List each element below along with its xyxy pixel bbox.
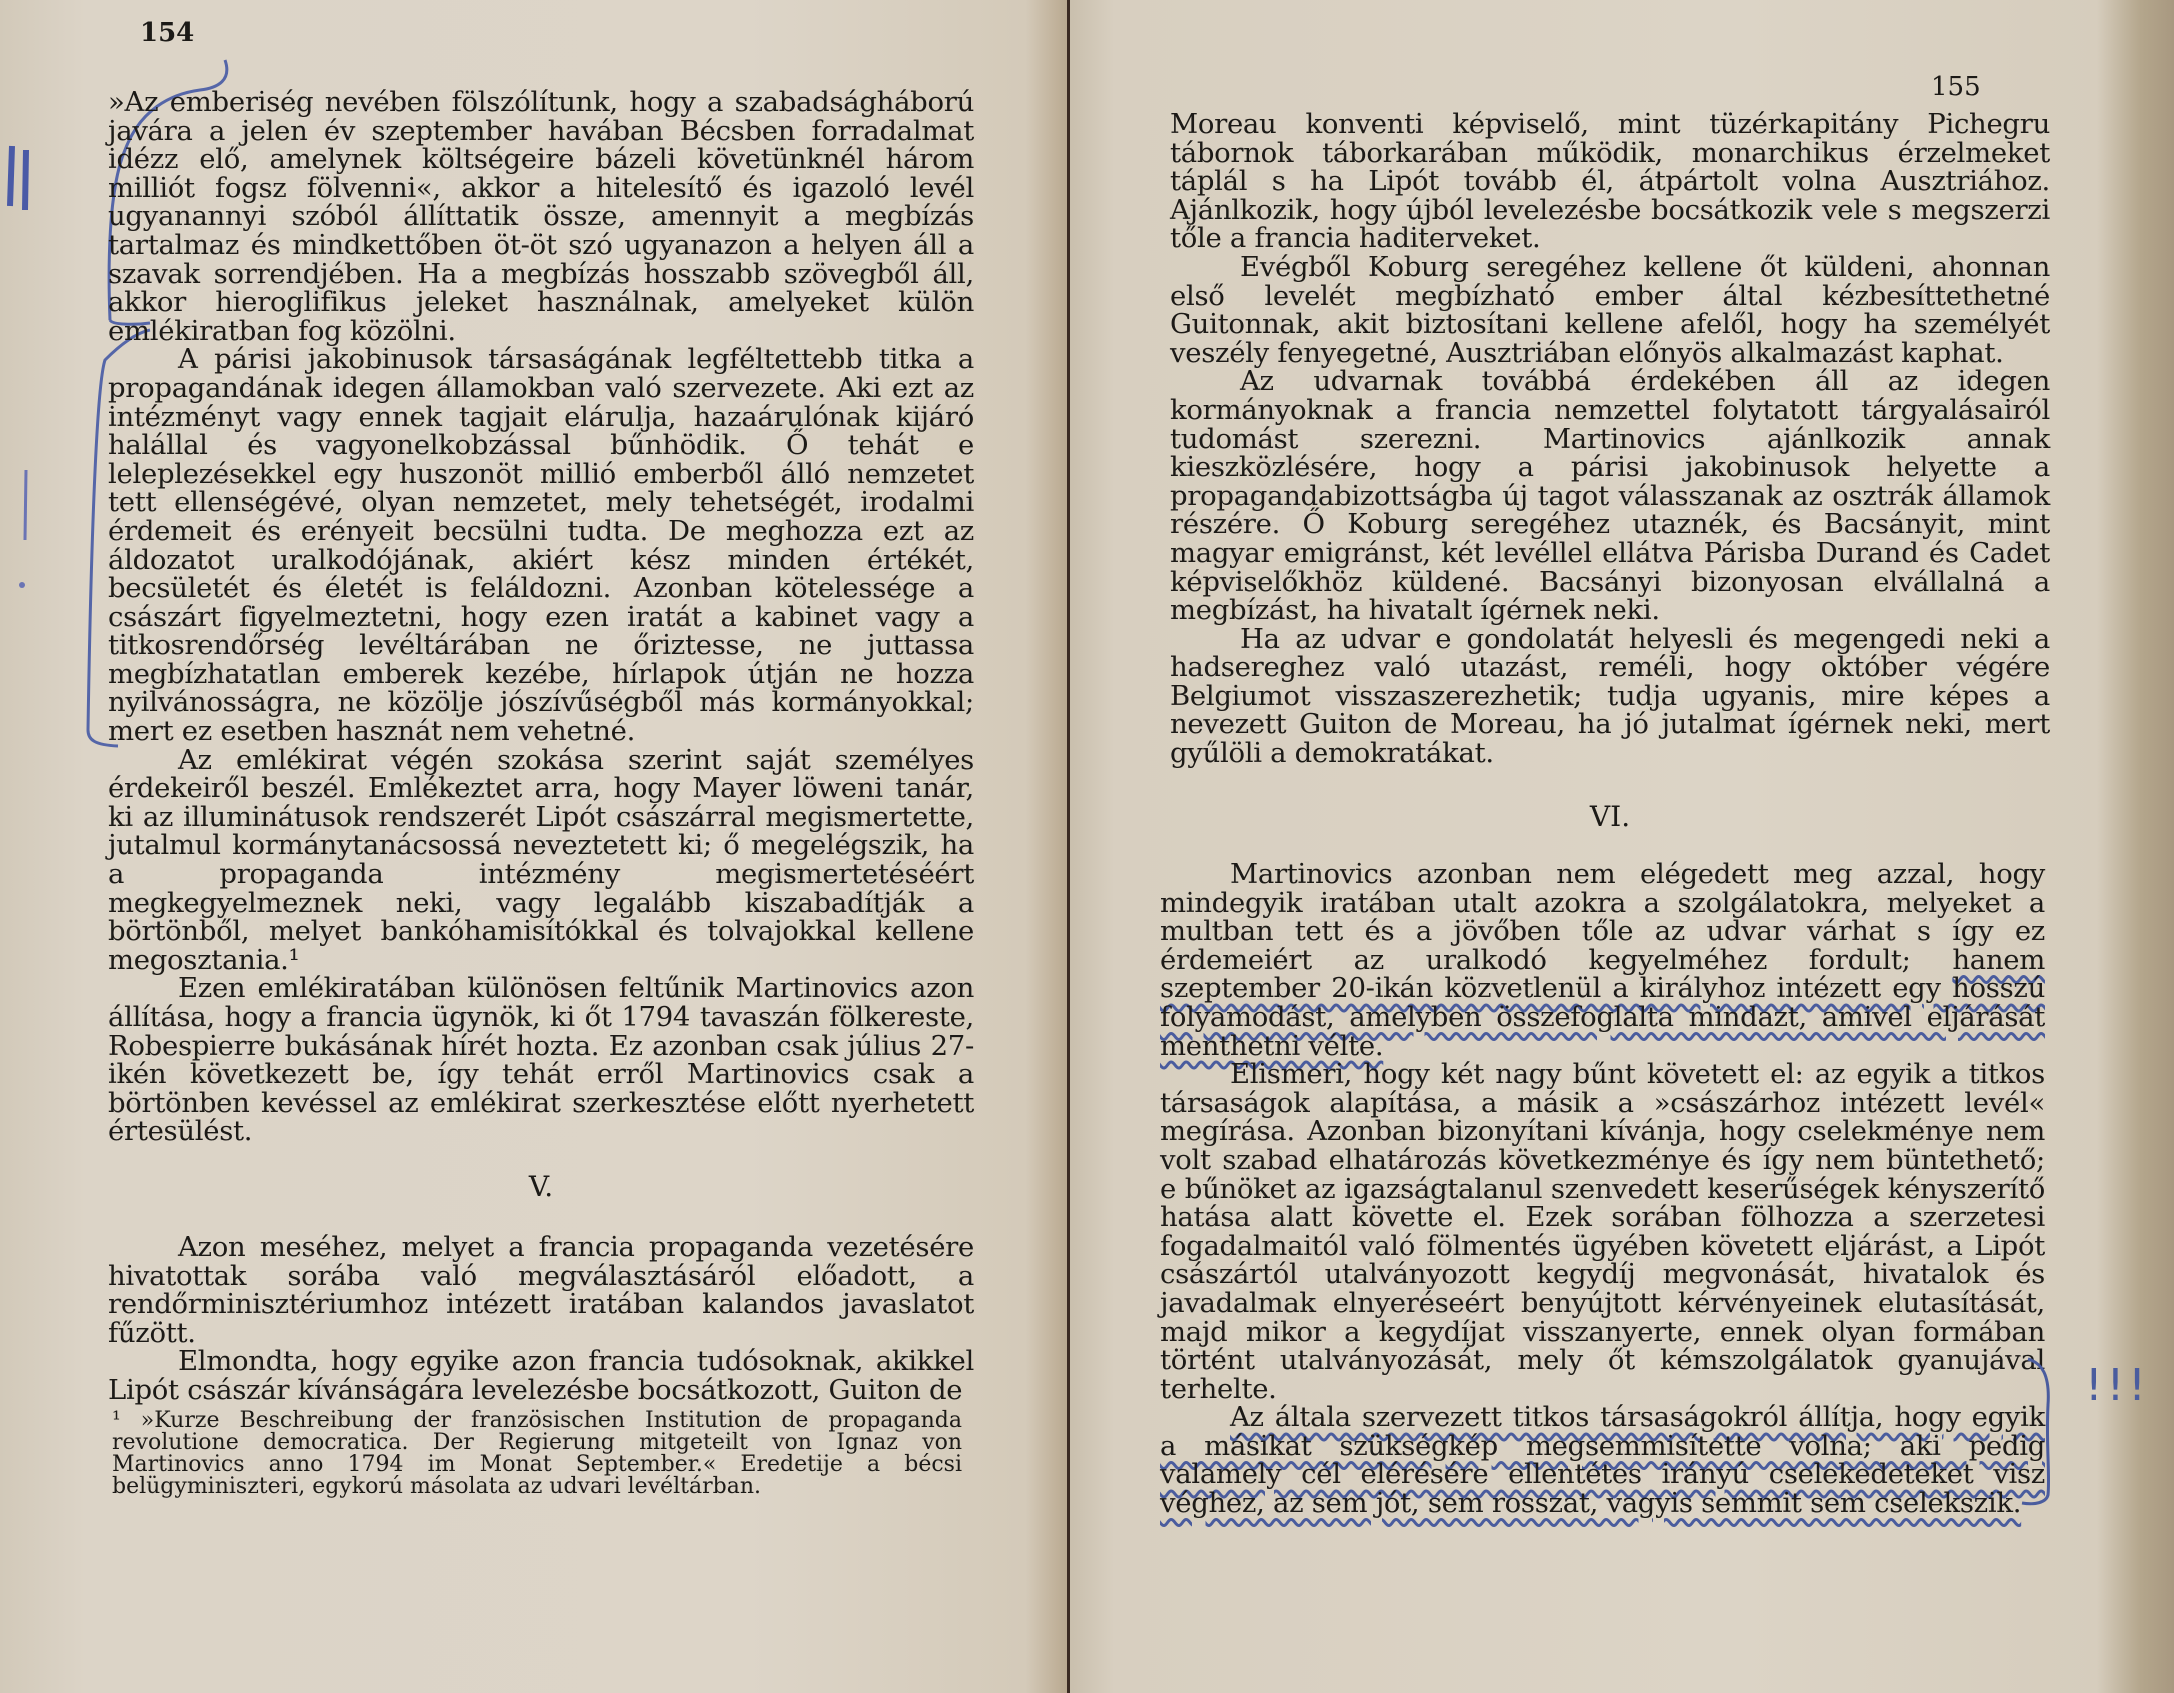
paragraph-text: Martinovics azonban nem elégedett meg az…: [1160, 858, 2045, 976]
paragraph: Evégből Koburg seregéhez kellene őt küld…: [1170, 253, 2050, 367]
left-section-text: Azon meséhez, melyet a francia propagand…: [108, 1233, 974, 1405]
left-page: 154 »Az emberiség nevében fölszólítunk, …: [0, 0, 1068, 1693]
right-section-text: Martinovics azonban nem elégedett meg az…: [1160, 860, 2045, 1518]
page-number: 155: [1931, 72, 1981, 102]
underlined-passage: Az általa szervezett titkos társaságokró…: [1160, 1401, 2045, 1519]
paragraph: Elismeri, hogy két nagy bűnt követett el…: [1160, 1060, 2045, 1403]
section-heading-vi: VI.: [1170, 800, 2050, 833]
paragraph: A párisi jakobinusok társaságának legfél…: [108, 345, 974, 745]
paragraph: »Az emberiség nevében fölszólítunk, hogy…: [108, 88, 974, 345]
paragraph: Elmondta, hogy egyike azon francia tudós…: [108, 1347, 974, 1404]
paragraph: Martinovics azonban nem elégedett meg az…: [1160, 860, 2045, 1060]
left-main-text: »Az emberiség nevében fölszólítunk, hogy…: [108, 88, 974, 1146]
paragraph: Az emlékirat végén szokása szerint saját…: [108, 746, 974, 975]
book-spread: 154 »Az emberiség nevében fölszólítunk, …: [0, 0, 2174, 1693]
margin-exclamation-note: !!!: [2085, 1360, 2150, 1411]
footnote: ¹ »Kurze Beschreibung der französischen …: [112, 1410, 962, 1498]
paragraph: Moreau konventi képviselő, mint tüzérkap…: [1170, 110, 2050, 253]
paragraph: Ezen emlékiratában különösen feltűnik Ma…: [108, 974, 974, 1146]
paragraph: Ha az udvar e gondolatát helyesli és meg…: [1170, 625, 2050, 768]
paragraph: Az udvarnak továbbá érdekében áll az ide…: [1170, 367, 2050, 624]
right-page: 155 Moreau konventi képviselő, mint tüzé…: [1070, 0, 2174, 1693]
right-main-text: Moreau konventi képviselő, mint tüzérkap…: [1170, 110, 2050, 768]
paragraph: Az általa szervezett titkos társaságokró…: [1160, 1403, 2045, 1517]
section-heading-v: V.: [108, 1170, 974, 1203]
paragraph: Azon meséhez, melyet a francia propagand…: [108, 1233, 974, 1347]
